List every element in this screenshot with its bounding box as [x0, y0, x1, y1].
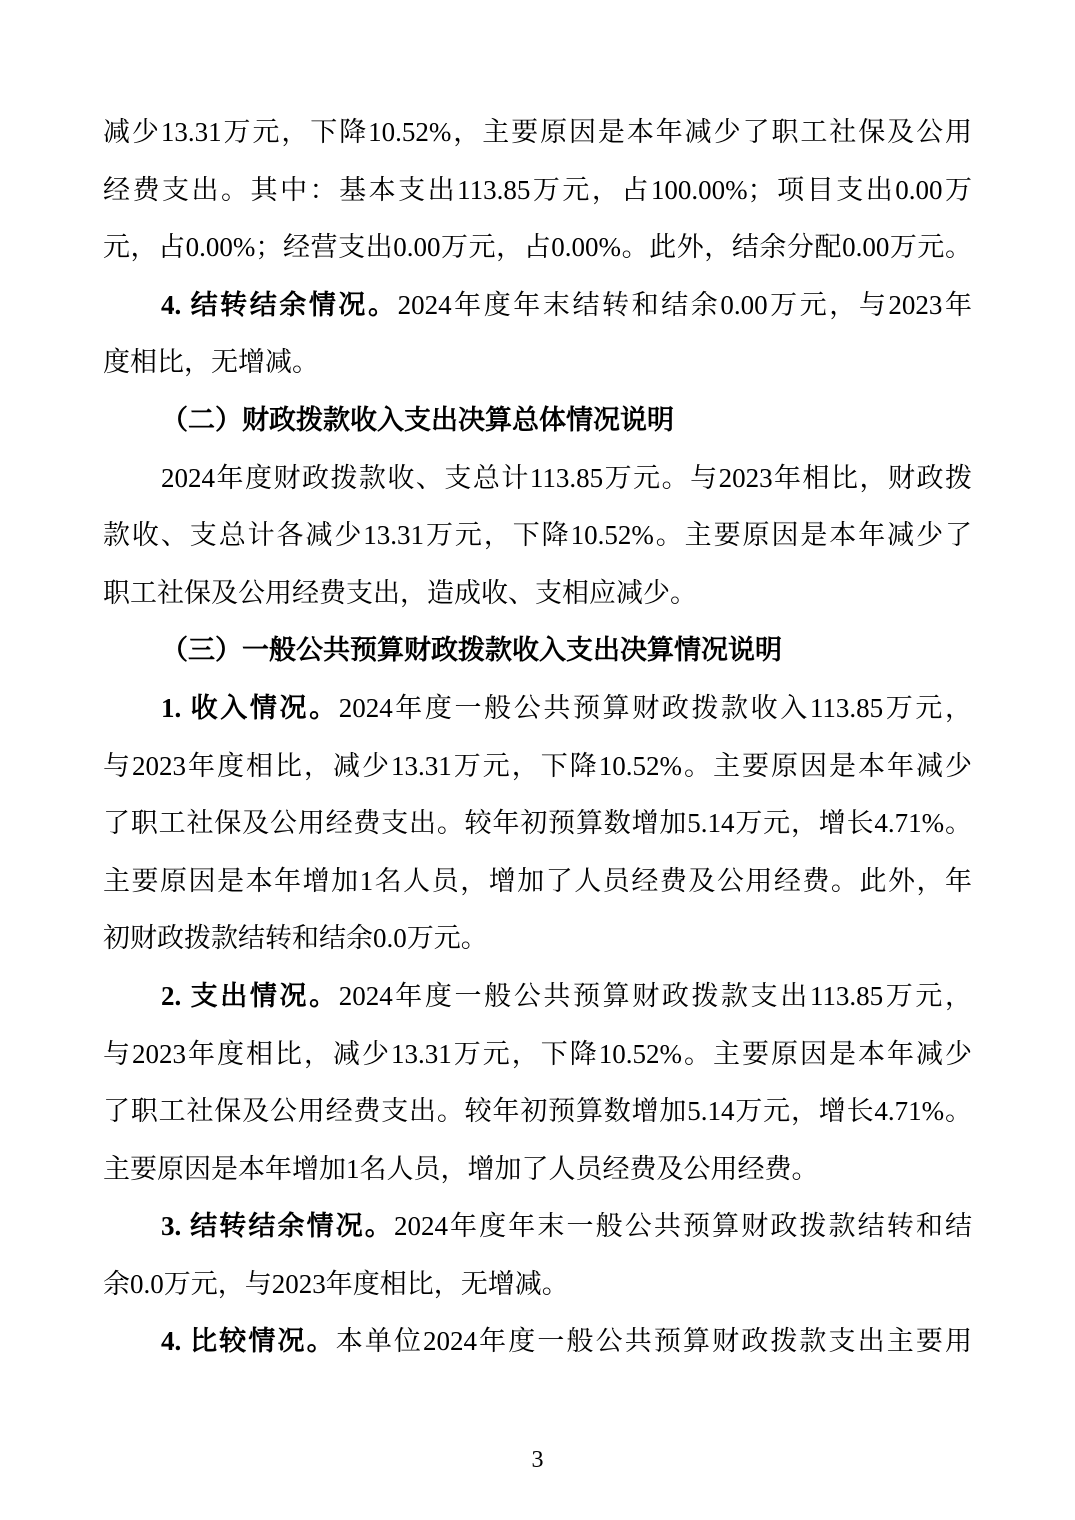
- heading-section-3-general-public-budget: （三）一般公共预算财政拨款收入支出决算情况说明: [103, 622, 972, 680]
- text-run: 减少13.31万元，下降10.52%，主要原因是本年减少了职工社保及公用: [103, 117, 972, 147]
- text-run: 本单位2024年度一般公共预算财政拨款支出主要用: [336, 1326, 972, 1356]
- text-run-bold: 4. 比较情况。: [161, 1326, 336, 1356]
- text-line: 与2023年度相比，减少13.31万元，下降10.52%。主要原因是本年减少: [103, 1026, 972, 1084]
- text-line: 元，占0.00%；经营支出0.00万元，占0.00%。此外，结余分配0.00万元…: [103, 219, 972, 277]
- text-line: 了职工社保及公用经费支出。较年初预算数增加5.14万元，增长4.71%。: [103, 795, 972, 853]
- text-run: 与2023年度相比，减少13.31万元，下降10.52%。主要原因是本年减少: [103, 751, 972, 781]
- text-run: 余0.0万元，与2023年度相比，无增减。: [103, 1269, 569, 1299]
- text-run: 与2023年度相比，减少13.31万元，下降10.52%。主要原因是本年减少: [103, 1039, 972, 1069]
- text-line: 4. 比较情况。本单位2024年度一般公共预算财政拨款支出主要用: [103, 1313, 972, 1371]
- text-run: 2024年度一般公共预算财政拨款支出113.85万元，: [339, 981, 972, 1011]
- text-run: 了职工社保及公用经费支出。较年初预算数增加5.14万元，增长4.71%。: [103, 808, 972, 838]
- text-run-bold: （二）财政拨款收入支出决算总体情况说明: [161, 405, 674, 435]
- text-run-bold: 2. 支出情况。: [161, 981, 339, 1011]
- text-line: 度相比，无增减。: [103, 334, 972, 392]
- text-run: 主要原因是本年增加1名人员，增加了人员经费及公用经费。: [103, 1154, 819, 1184]
- text-run: 款收、支总计各减少13.31万元，下降10.52%。主要原因是本年减少了: [103, 520, 972, 550]
- para-item1-income: 1. 收入情况。2024年度一般公共预算财政拨款收入113.85万元，与2023…: [103, 680, 972, 968]
- text-line: 2024年度财政拨款收、支总计113.85万元。与2023年相比，财政拨: [103, 450, 972, 508]
- para-item4-comparison: 4. 比较情况。本单位2024年度一般公共预算财政拨款支出主要用: [103, 1313, 972, 1371]
- page-number: 3: [532, 1447, 544, 1473]
- text-run: 2024年度年末结转和结余0.00万元，与2023年: [398, 290, 972, 320]
- document-page: 减少13.31万元，下降10.52%，主要原因是本年减少了职工社保及公用经费支出…: [0, 0, 1075, 1520]
- text-line: 2. 支出情况。2024年度一般公共预算财政拨款支出113.85万元，: [103, 968, 972, 1026]
- text-run: 2024年度年末一般公共预算财政拨款结转和结: [394, 1211, 972, 1241]
- text-line: 经费支出。其中：基本支出113.85万元，占100.00%；项目支出0.00万: [103, 162, 972, 220]
- text-line: 与2023年度相比，减少13.31万元，下降10.52%。主要原因是本年减少: [103, 738, 972, 796]
- text-run: 元，占0.00%；经营支出0.00万元，占0.00%。此外，结余分配0.00万元…: [103, 232, 972, 262]
- text-run: 2024年度财政拨款收、支总计113.85万元。与2023年相比，财政拨: [161, 463, 972, 493]
- text-line: 主要原因是本年增加1名人员，增加了人员经费及公用经费。: [103, 1141, 972, 1199]
- para-section-2-body: 2024年度财政拨款收、支总计113.85万元。与2023年相比，财政拨款收、支…: [103, 450, 972, 623]
- text-run: 度相比，无增减。: [103, 347, 319, 377]
- text-line: 职工社保及公用经费支出，造成收、支相应减少。: [103, 565, 972, 623]
- text-run: 经费支出。其中：基本支出113.85万元，占100.00%；项目支出0.00万: [103, 175, 972, 205]
- text-run: 职工社保及公用经费支出，造成收、支相应减少。: [103, 578, 697, 608]
- text-run: 2024年度一般公共预算财政拨款收入113.85万元，: [339, 693, 972, 723]
- para-item2-expenditure: 2. 支出情况。2024年度一般公共预算财政拨款支出113.85万元，与2023…: [103, 968, 972, 1198]
- text-line: 4. 结转结余情况。2024年度年末结转和结余0.00万元，与2023年: [103, 277, 972, 335]
- para-expenditure-total-continued: 减少13.31万元，下降10.52%，主要原因是本年减少了职工社保及公用经费支出…: [103, 104, 972, 277]
- text-run-bold: 1. 收入情况。: [161, 693, 339, 723]
- para-item3-carryover-balance: 3. 结转结余情况。2024年度年末一般公共预算财政拨款结转和结余0.0万元，与…: [103, 1198, 972, 1313]
- text-line: 了职工社保及公用经费支出。较年初预算数增加5.14万元，增长4.71%。: [103, 1083, 972, 1141]
- text-line: 初财政拨款结转和结余0.0万元。: [103, 910, 972, 968]
- page-footer: 3: [0, 1443, 1075, 1477]
- text-run: 了职工社保及公用经费支出。较年初预算数增加5.14万元，增长4.71%。: [103, 1096, 972, 1126]
- text-line: 款收、支总计各减少13.31万元，下降10.52%。主要原因是本年减少了: [103, 507, 972, 565]
- text-line: 减少13.31万元，下降10.52%，主要原因是本年减少了职工社保及公用: [103, 104, 972, 162]
- para-item4-carryover-balance: 4. 结转结余情况。2024年度年末结转和结余0.00万元，与2023年度相比，…: [103, 277, 972, 392]
- text-line: 1. 收入情况。2024年度一般公共预算财政拨款收入113.85万元，: [103, 680, 972, 738]
- text-line: 3. 结转结余情况。2024年度年末一般公共预算财政拨款结转和结: [103, 1198, 972, 1256]
- text-line: 主要原因是本年增加1名人员，增加了人员经费及公用经费。此外，年: [103, 853, 972, 911]
- text-line: （二）财政拨款收入支出决算总体情况说明: [103, 392, 972, 450]
- text-run: 主要原因是本年增加1名人员，增加了人员经费及公用经费。此外，年: [103, 866, 972, 896]
- text-run: 初财政拨款结转和结余0.0万元。: [103, 923, 488, 953]
- text-line: 余0.0万元，与2023年度相比，无增减。: [103, 1256, 972, 1314]
- text-run-bold: 3. 结转结余情况。: [161, 1211, 394, 1241]
- heading-section-2-fiscal-appropriation-overall: （二）财政拨款收入支出决算总体情况说明: [103, 392, 972, 450]
- text-line: （三）一般公共预算财政拨款收入支出决算情况说明: [103, 622, 972, 680]
- text-run-bold: 4. 结转结余情况。: [161, 290, 398, 320]
- document-body: 减少13.31万元，下降10.52%，主要原因是本年减少了职工社保及公用经费支出…: [103, 104, 972, 1371]
- text-run-bold: （三）一般公共预算财政拨款收入支出决算情况说明: [161, 635, 782, 665]
